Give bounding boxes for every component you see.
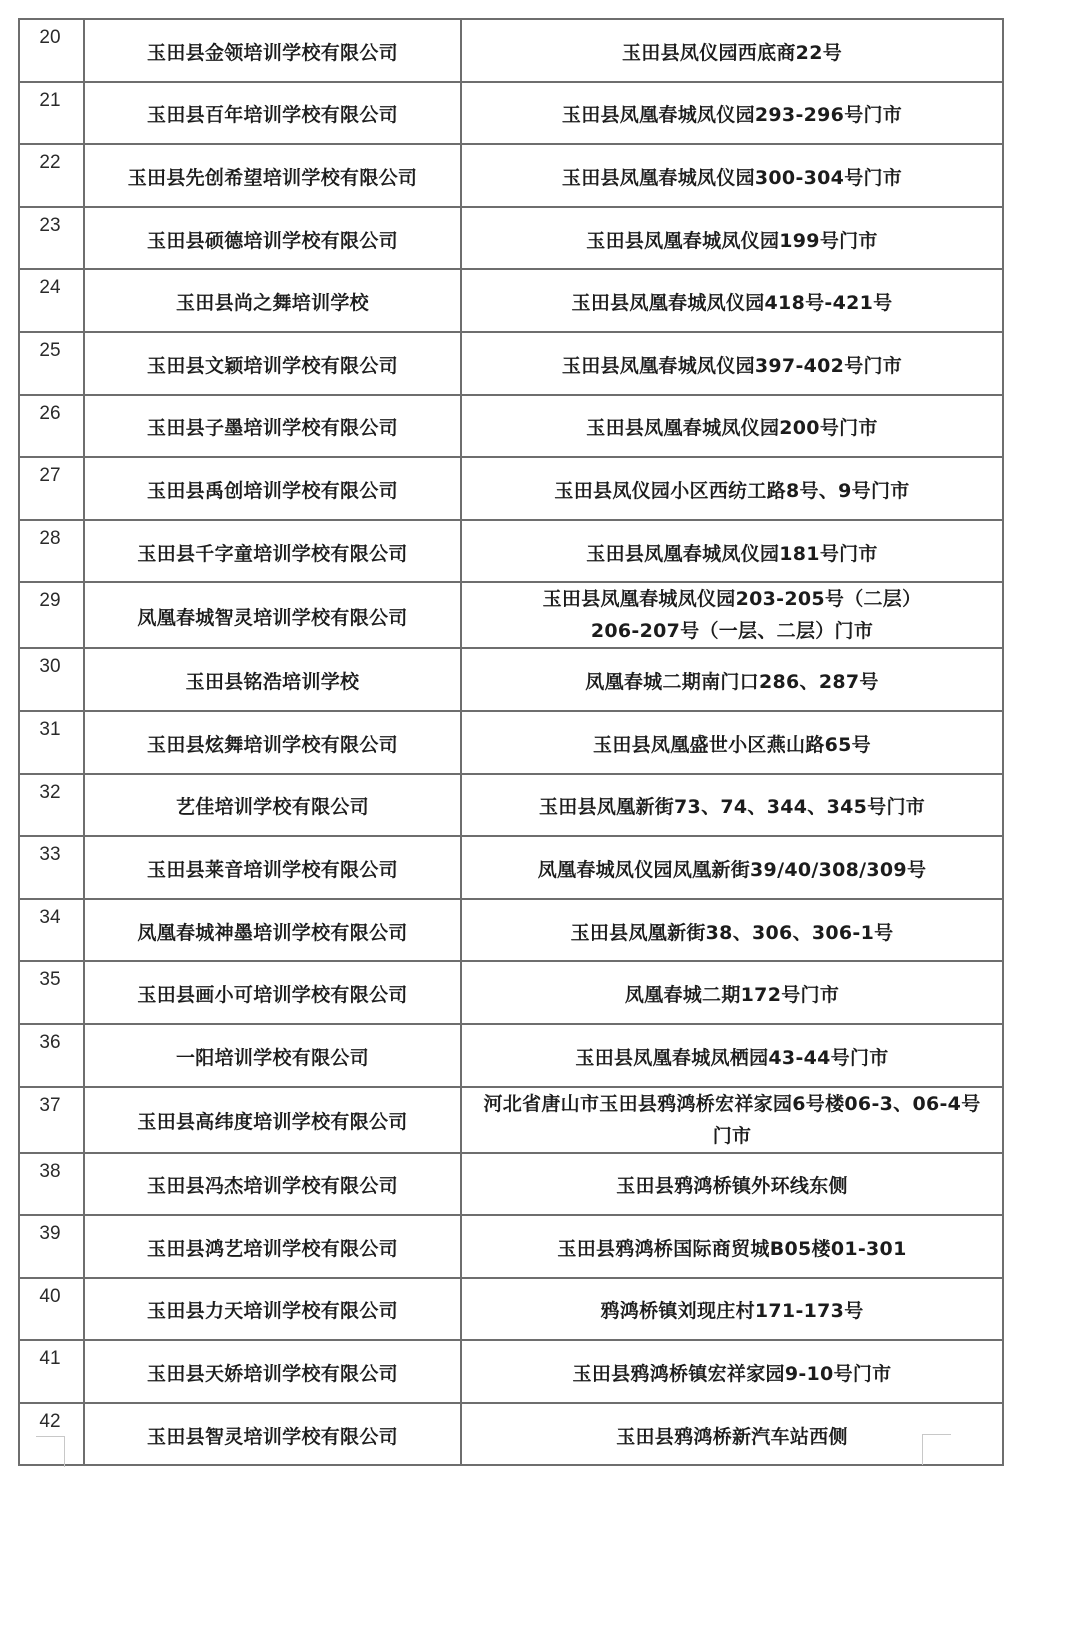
row-index-cell: 26 (19, 395, 84, 458)
row-index: 33 (20, 837, 83, 866)
row-index-cell: 32 (19, 774, 84, 837)
document-page: 20玉田县金领培训学校有限公司玉田县凤仪园西底商22号21玉田县百年培训学校有限… (0, 0, 1066, 1626)
row-index: 40 (20, 1279, 83, 1308)
row-index-cell: 30 (19, 648, 84, 711)
row-index-cell: 36 (19, 1024, 84, 1087)
row-index-cell: 25 (19, 332, 84, 395)
school-address: 玉田县凤凰春城凤仪园199号门市 (586, 220, 877, 257)
school-name: 玉田县百年培训学校有限公司 (147, 94, 398, 131)
row-index: 22 (20, 145, 83, 174)
school-address: 凤凰春城二期172号门市 (625, 974, 839, 1011)
table-row: 34凤凰春城神墨培训学校有限公司玉田县凤凰新街38、306、306-1号 (19, 899, 1003, 962)
school-address-cell: 玉田县鸦鸿桥镇外环线东侧 (461, 1153, 1003, 1216)
table-row: 29凤凰春城智灵培训学校有限公司玉田县凤凰春城凤仪园203-205号（二层）20… (19, 582, 1003, 648)
school-name-cell: 玉田县先创希望培训学校有限公司 (84, 144, 461, 207)
table-row: 23玉田县硕德培训学校有限公司玉田县凤凰春城凤仪园199号门市 (19, 207, 1003, 270)
school-name-cell: 玉田县硕德培训学校有限公司 (84, 207, 461, 270)
school-address: 玉田县凤凰新街73、74、344、345号门市 (539, 786, 925, 823)
row-index-cell: 28 (19, 520, 84, 583)
row-index-cell: 40 (19, 1278, 84, 1341)
school-name-cell: 玉田县尚之舞培训学校 (84, 269, 461, 332)
school-address: 玉田县凤凰春城凤仪园300-304号门市 (562, 157, 902, 194)
school-name-cell: 玉田县冯杰培训学校有限公司 (84, 1153, 461, 1216)
row-index: 29 (20, 583, 83, 612)
school-address-cell: 凤凰春城二期172号门市 (461, 961, 1003, 1024)
school-address-cell: 玉田县鸦鸿桥国际商贸城B05楼01-301 (461, 1215, 1003, 1278)
row-index: 20 (20, 20, 83, 49)
row-index-cell: 22 (19, 144, 84, 207)
school-address-cell: 玉田县凤凰春城凤仪园181号门市 (461, 520, 1003, 583)
table-row: 37玉田县高纬度培训学校有限公司河北省唐山市玉田县鸦鸿桥宏祥家园6号楼06-3、… (19, 1087, 1003, 1153)
table-row: 38玉田县冯杰培训学校有限公司玉田县鸦鸿桥镇外环线东侧 (19, 1153, 1003, 1216)
table-row: 22玉田县先创希望培训学校有限公司玉田县凤凰春城凤仪园300-304号门市 (19, 144, 1003, 207)
table-row: 41玉田县天娇培训学校有限公司玉田县鸦鸿桥镇宏祥家园9-10号门市 (19, 1340, 1003, 1403)
school-name-cell: 凤凰春城智灵培训学校有限公司 (84, 582, 461, 648)
school-name: 凤凰春城智灵培训学校有限公司 (137, 597, 407, 634)
table-row: 30玉田县铭浩培训学校凤凰春城二期南门口286、287号 (19, 648, 1003, 711)
row-index-cell: 37 (19, 1087, 84, 1153)
row-index: 42 (20, 1404, 83, 1433)
school-address: 玉田县凤凰春城凤栖园43-44号门市 (575, 1037, 888, 1074)
row-index: 35 (20, 962, 83, 991)
school-name-cell: 玉田县禹创培训学校有限公司 (84, 457, 461, 520)
school-address: 玉田县鸦鸿桥镇宏祥家园9-10号门市 (573, 1353, 892, 1390)
school-name: 玉田县智灵培训学校有限公司 (147, 1416, 398, 1453)
school-address: 玉田县凤仪园小区西纺工路8号、9号门市 (554, 470, 909, 507)
row-index: 24 (20, 270, 83, 299)
school-address-cell: 玉田县凤凰春城凤仪园203-205号（二层）206-207号（一层、二层）门市 (461, 582, 1003, 648)
school-name-cell: 玉田县子墨培训学校有限公司 (84, 395, 461, 458)
row-index-cell: 35 (19, 961, 84, 1024)
school-address: 玉田县凤凰春城凤仪园397-402号门市 (562, 345, 902, 382)
row-index-cell: 29 (19, 582, 84, 648)
school-name-cell: 玉田县莱音培训学校有限公司 (84, 836, 461, 899)
school-name-cell: 玉田县智灵培训学校有限公司 (84, 1403, 461, 1466)
school-address-cell: 玉田县凤凰春城凤仪园300-304号门市 (461, 144, 1003, 207)
row-index: 31 (20, 712, 83, 741)
school-address-cell: 玉田县凤凰盛世小区燕山路65号 (461, 711, 1003, 774)
row-index-cell: 21 (19, 82, 84, 145)
table-row: 20玉田县金领培训学校有限公司玉田县凤仪园西底商22号 (19, 19, 1003, 82)
row-index-cell: 38 (19, 1153, 84, 1216)
row-index: 26 (20, 396, 83, 425)
row-index: 37 (20, 1088, 83, 1117)
school-address-line: 玉田县凤凰春城凤仪园203-205号（二层） (543, 583, 922, 615)
table-row: 32艺佳培训学校有限公司玉田县凤凰新街73、74、344、345号门市 (19, 774, 1003, 837)
school-name-cell: 玉田县文颖培训学校有限公司 (84, 332, 461, 395)
school-name: 玉田县硕德培训学校有限公司 (147, 220, 398, 257)
school-address-cell: 玉田县凤凰春城凤仪园200号门市 (461, 395, 1003, 458)
row-index-cell: 41 (19, 1340, 84, 1403)
school-name: 玉田县子墨培训学校有限公司 (147, 407, 398, 444)
table-row: 33玉田县莱音培训学校有限公司凤凰春城凤仪园凤凰新街39/40/308/309号 (19, 836, 1003, 899)
row-index: 28 (20, 521, 83, 550)
school-name-cell: 玉田县金领培训学校有限公司 (84, 19, 461, 82)
school-address-cell: 玉田县鸦鸿桥镇宏祥家园9-10号门市 (461, 1340, 1003, 1403)
school-address: 玉田县凤凰盛世小区燕山路65号 (593, 724, 871, 761)
school-address-cell: 玉田县凤凰春城凤栖园43-44号门市 (461, 1024, 1003, 1087)
school-address-cell: 玉田县鸦鸿桥新汽车站西侧 (461, 1403, 1003, 1466)
school-address: 鸦鸿桥镇刘现庄村171-173号 (600, 1290, 863, 1327)
school-address: 凤凰春城凤仪园凤凰新街39/40/308/309号 (538, 849, 927, 886)
school-name-cell: 玉田县百年培训学校有限公司 (84, 82, 461, 145)
row-index: 34 (20, 900, 83, 929)
table-row: 31玉田县炫舞培训学校有限公司玉田县凤凰盛世小区燕山路65号 (19, 711, 1003, 774)
row-index: 36 (20, 1025, 83, 1054)
school-address: 玉田县凤凰春城凤仪园203-205号（二层）206-207号（一层、二层）门市 (543, 583, 922, 647)
table-row: 27玉田县禹创培训学校有限公司玉田县凤仪园小区西纺工路8号、9号门市 (19, 457, 1003, 520)
school-name: 玉田县莱音培训学校有限公司 (147, 849, 398, 886)
school-name-cell: 玉田县高纬度培训学校有限公司 (84, 1087, 461, 1153)
school-name: 玉田县冯杰培训学校有限公司 (147, 1165, 398, 1202)
school-name: 玉田县铭浩培训学校 (186, 661, 360, 698)
table-row: 21玉田县百年培训学校有限公司玉田县凤凰春城凤仪园293-296号门市 (19, 82, 1003, 145)
school-address: 玉田县鸦鸿桥新汽车站西侧 (616, 1416, 848, 1453)
school-address: 玉田县凤凰新街38、306、306-1号 (571, 912, 894, 949)
school-address: 玉田县凤仪园西底商22号 (622, 32, 842, 69)
row-index: 41 (20, 1341, 83, 1370)
school-name: 玉田县高纬度培训学校有限公司 (137, 1101, 407, 1138)
roster-table-body: 20玉田县金领培训学校有限公司玉田县凤仪园西底商22号21玉田县百年培训学校有限… (19, 19, 1003, 1465)
school-address-cell: 玉田县凤凰春城凤仪园397-402号门市 (461, 332, 1003, 395)
school-name: 玉田县禹创培训学校有限公司 (147, 470, 398, 507)
school-name-cell: 玉田县鸿艺培训学校有限公司 (84, 1215, 461, 1278)
school-address-cell: 玉田县凤凰春城凤仪园293-296号门市 (461, 82, 1003, 145)
school-name-cell: 玉田县画小可培训学校有限公司 (84, 961, 461, 1024)
row-index-cell: 23 (19, 207, 84, 270)
school-name-cell: 凤凰春城神墨培训学校有限公司 (84, 899, 461, 962)
row-index: 30 (20, 649, 83, 678)
row-index-cell: 42 (19, 1403, 84, 1466)
school-name: 玉田县文颖培训学校有限公司 (147, 345, 398, 382)
school-address-cell: 玉田县凤凰新街38、306、306-1号 (461, 899, 1003, 962)
school-address: 玉田县凤凰春城凤仪园293-296号门市 (562, 94, 902, 131)
school-address-cell: 凤凰春城凤仪园凤凰新街39/40/308/309号 (461, 836, 1003, 899)
row-index: 21 (20, 83, 83, 112)
row-index: 23 (20, 208, 83, 237)
school-address: 玉田县凤凰春城凤仪园418号-421号 (572, 282, 893, 319)
school-name: 玉田县炫舞培训学校有限公司 (147, 724, 398, 761)
table-row: 42玉田县智灵培训学校有限公司玉田县鸦鸿桥新汽车站西侧 (19, 1403, 1003, 1466)
school-name: 玉田县先创希望培训学校有限公司 (128, 157, 418, 194)
school-name: 玉田县天娇培训学校有限公司 (147, 1353, 398, 1390)
school-name-cell: 一阳培训学校有限公司 (84, 1024, 461, 1087)
school-address-cell: 玉田县凤仪园西底商22号 (461, 19, 1003, 82)
row-index-cell: 27 (19, 457, 84, 520)
school-address-line: 门市 (483, 1120, 980, 1152)
school-address: 玉田县凤凰春城凤仪园181号门市 (586, 533, 877, 570)
school-name: 凤凰春城神墨培训学校有限公司 (137, 912, 407, 949)
row-index-cell: 20 (19, 19, 84, 82)
school-address-cell: 玉田县凤凰新街73、74、344、345号门市 (461, 774, 1003, 837)
school-address-line: 206-207号（一层、二层）门市 (543, 615, 922, 647)
table-row: 40玉田县力天培训学校有限公司鸦鸿桥镇刘现庄村171-173号 (19, 1278, 1003, 1341)
school-name-cell: 玉田县千字童培训学校有限公司 (84, 520, 461, 583)
school-address-cell: 凤凰春城二期南门口286、287号 (461, 648, 1003, 711)
school-name-cell: 玉田县炫舞培训学校有限公司 (84, 711, 461, 774)
school-name: 玉田县金领培训学校有限公司 (147, 32, 398, 69)
table-row: 26玉田县子墨培训学校有限公司玉田县凤凰春城凤仪园200号门市 (19, 395, 1003, 458)
school-address: 凤凰春城二期南门口286、287号 (585, 661, 878, 698)
school-name: 玉田县鸿艺培训学校有限公司 (147, 1228, 398, 1265)
school-name: 玉田县画小可培训学校有限公司 (137, 974, 407, 1011)
table-row: 39玉田县鸿艺培训学校有限公司玉田县鸦鸿桥国际商贸城B05楼01-301 (19, 1215, 1003, 1278)
school-address: 河北省唐山市玉田县鸦鸿桥宏祥家园6号楼06-3、06-4号门市 (483, 1088, 980, 1152)
row-index-cell: 34 (19, 899, 84, 962)
school-name-cell: 玉田县力天培训学校有限公司 (84, 1278, 461, 1341)
row-index: 39 (20, 1216, 83, 1245)
school-address-cell: 玉田县凤凰春城凤仪园199号门市 (461, 207, 1003, 270)
row-index: 38 (20, 1154, 83, 1183)
school-name: 艺佳培训学校有限公司 (176, 786, 369, 823)
school-name: 玉田县千字童培训学校有限公司 (137, 533, 407, 570)
school-address-cell: 玉田县凤凰春城凤仪园418号-421号 (461, 269, 1003, 332)
school-name: 玉田县尚之舞培训学校 (176, 282, 369, 319)
row-index-cell: 24 (19, 269, 84, 332)
school-address-cell: 河北省唐山市玉田县鸦鸿桥宏祥家园6号楼06-3、06-4号门市 (461, 1087, 1003, 1153)
row-index-cell: 33 (19, 836, 84, 899)
school-name-cell: 玉田县天娇培训学校有限公司 (84, 1340, 461, 1403)
row-index-cell: 31 (19, 711, 84, 774)
school-address: 玉田县鸦鸿桥镇外环线东侧 (616, 1165, 848, 1202)
row-index: 32 (20, 775, 83, 804)
school-name: 一阳培训学校有限公司 (176, 1037, 369, 1074)
school-name-cell: 玉田县铭浩培训学校 (84, 648, 461, 711)
row-index-cell: 39 (19, 1215, 84, 1278)
table-row: 36一阳培训学校有限公司玉田县凤凰春城凤栖园43-44号门市 (19, 1024, 1003, 1087)
school-name: 玉田县力天培训学校有限公司 (147, 1290, 398, 1327)
table-row: 35玉田县画小可培训学校有限公司凤凰春城二期172号门市 (19, 961, 1003, 1024)
row-index: 27 (20, 458, 83, 487)
school-name-cell: 艺佳培训学校有限公司 (84, 774, 461, 837)
school-address: 玉田县凤凰春城凤仪园200号门市 (586, 407, 877, 444)
school-roster-table: 20玉田县金领培训学校有限公司玉田县凤仪园西底商22号21玉田县百年培训学校有限… (18, 18, 1004, 1466)
table-row: 28玉田县千字童培训学校有限公司玉田县凤凰春城凤仪园181号门市 (19, 520, 1003, 583)
table-row: 25玉田县文颖培训学校有限公司玉田县凤凰春城凤仪园397-402号门市 (19, 332, 1003, 395)
school-address-cell: 玉田县凤仪园小区西纺工路8号、9号门市 (461, 457, 1003, 520)
school-address-cell: 鸦鸿桥镇刘现庄村171-173号 (461, 1278, 1003, 1341)
school-address: 玉田县鸦鸿桥国际商贸城B05楼01-301 (557, 1228, 906, 1265)
table-row: 24玉田县尚之舞培训学校玉田县凤凰春城凤仪园418号-421号 (19, 269, 1003, 332)
school-address-line: 河北省唐山市玉田县鸦鸿桥宏祥家园6号楼06-3、06-4号 (483, 1088, 980, 1120)
row-index: 25 (20, 333, 83, 362)
